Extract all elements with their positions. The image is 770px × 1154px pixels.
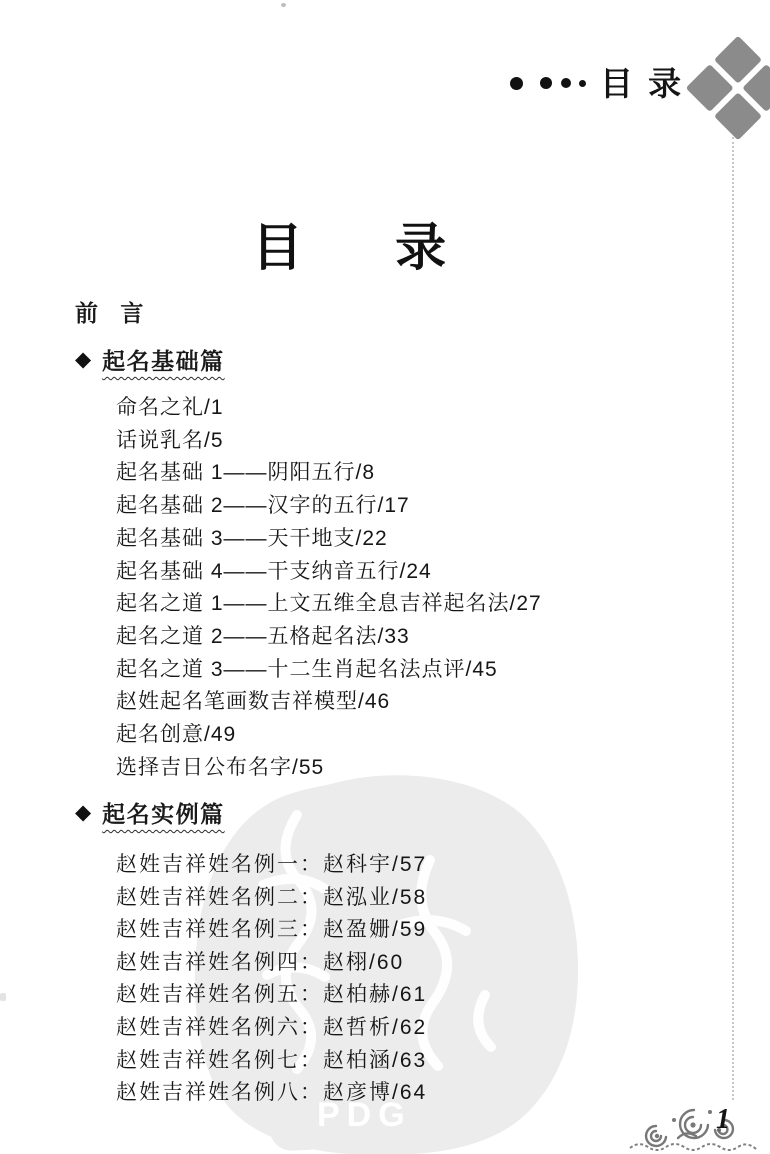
page-header: 目 录 — [510, 58, 683, 104]
toc-entry: 赵姓吉祥姓名例八：赵彦博/64 — [116, 1077, 427, 1110]
toc-entry: 起名基础 1——阴阳五行/8 — [116, 457, 542, 490]
page-title: 目 录 — [0, 206, 700, 280]
toc-entry: 起名之道 2——五格起名法/33 — [116, 621, 542, 654]
toc-entry: 起名基础 3——天干地支/22 — [116, 523, 542, 556]
scan-speck — [0, 993, 6, 1001]
section-heading-basics: ◆ 起名基础篇 — [75, 343, 225, 376]
vertical-dotted-rule — [732, 137, 734, 1100]
diamond-cluster-icon — [686, 36, 770, 140]
toc-entry: 起名之道 3——十二生肖起名法点评/45 — [116, 654, 542, 687]
book-page: PDG 目 录 目 录 前 言 ◆ 起名基础篇 命名之礼/1 话说乳名/5 起名… — [0, 0, 770, 1154]
toc-entry: 选择吉日公布名字/55 — [116, 752, 542, 785]
section-title: 起名实例篇 — [102, 796, 225, 829]
toc-entry: 赵姓吉祥姓名例五：赵柏赫/61 — [116, 979, 427, 1012]
header-title: 目 录 — [600, 58, 683, 105]
toc-entry: 起名之道 1——上文五维全息吉祥起名法/27 — [116, 588, 542, 621]
scan-speck — [281, 3, 286, 7]
toc-entry: 话说乳名/5 — [116, 425, 542, 458]
toc-entry: 赵姓吉祥姓名例三：赵盈姗/59 — [116, 914, 427, 947]
toc-entry: 命名之礼/1 — [116, 392, 542, 425]
dot-leader-icon — [510, 77, 600, 90]
diamond-bullet-icon: ◆ — [75, 347, 91, 372]
diamond-bullet-icon: ◆ — [75, 800, 91, 825]
toc-entry: 赵姓起名笔画数吉祥模型/46 — [116, 686, 542, 719]
page-number: 1 — [716, 1104, 730, 1136]
toc-entry: 赵姓吉祥姓名例七：赵柏涵/63 — [116, 1045, 427, 1078]
toc-list-examples: 赵姓吉祥姓名例一：赵科宇/57 赵姓吉祥姓名例二：赵泓业/58 赵姓吉祥姓名例三… — [116, 849, 427, 1110]
toc-entry: 赵姓吉祥姓名例四：赵栩/60 — [116, 947, 427, 980]
section-heading-examples: ◆ 起名实例篇 — [75, 796, 225, 829]
preface-heading: 前 言 — [75, 295, 144, 328]
toc-entry: 赵姓吉祥姓名例六：赵哲析/62 — [116, 1012, 427, 1045]
toc-entry: 起名基础 4——干支纳音五行/24 — [116, 556, 542, 589]
toc-list-basics: 命名之礼/1 话说乳名/5 起名基础 1——阴阳五行/8 起名基础 2——汉字的… — [116, 392, 542, 784]
toc-entry: 赵姓吉祥姓名例二：赵泓业/58 — [116, 882, 427, 915]
toc-entry: 起名基础 2——汉字的五行/17 — [116, 490, 542, 523]
toc-entry: 起名创意/49 — [116, 719, 542, 752]
section-title: 起名基础篇 — [102, 343, 225, 376]
toc-entry: 赵姓吉祥姓名例一：赵科宇/57 — [116, 849, 427, 882]
cloud-ornament-icon — [626, 1104, 770, 1154]
